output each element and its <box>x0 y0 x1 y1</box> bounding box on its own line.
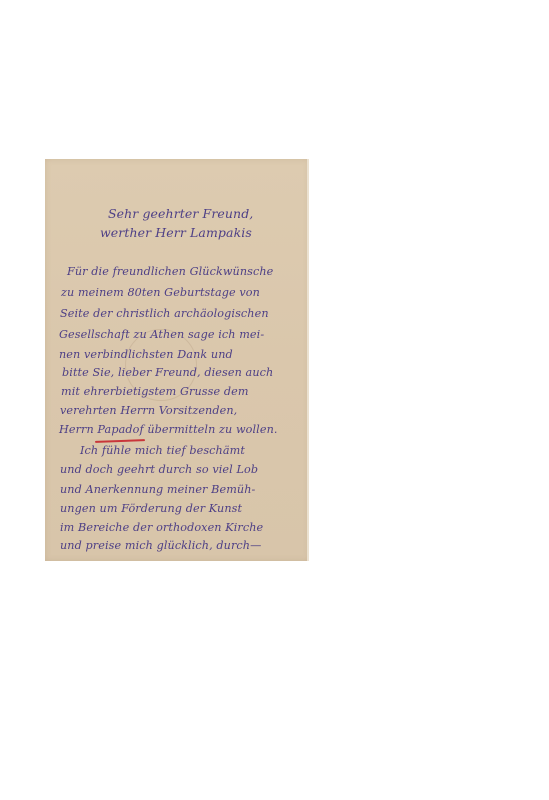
body-line-13: ungen um Förderung der Kunst <box>60 502 242 515</box>
salutation-line-1: Sehr geehrter Freund, <box>108 206 253 221</box>
body-line-2: zu meinem 80ten Geburtstage von <box>61 286 260 299</box>
letter-page: Sehr geehrter Freund, werther Herr Lampa… <box>45 159 309 561</box>
body-line-7: mit ehrerbietigstem Grusse dem <box>61 385 249 398</box>
salutation-line-2: werther Herr Lampakis <box>100 225 252 240</box>
body-line-10: Ich fühle mich tief beschämt <box>80 444 245 457</box>
body-line-3: Seite der christlich archäologischen <box>60 307 269 320</box>
body-line-11: und doch geehrt durch so viel Lob <box>60 463 258 476</box>
red-underline-mark <box>95 439 145 443</box>
body-line-1: Für die freundlichen Glückwünsche <box>67 265 273 278</box>
body-line-4: Gesellschaft zu Athen sage ich mei- <box>59 328 264 341</box>
body-line-15: und preise mich glücklich, durch— <box>60 539 261 552</box>
body-line-6: bitte Sie, lieber Freund, diesen auch <box>62 366 273 379</box>
body-line-5: nen verbindlichsten Dank und <box>59 348 233 361</box>
body-line-8: verehrten Herrn Vorsitzenden, <box>60 404 237 417</box>
body-line-12: und Anerkennung meiner Bemüh- <box>60 483 255 496</box>
body-line-14: im Bereiche der orthodoxen Kirche <box>60 521 263 534</box>
body-line-9: Herrn Papadof übermitteln zu wollen. <box>59 423 278 436</box>
